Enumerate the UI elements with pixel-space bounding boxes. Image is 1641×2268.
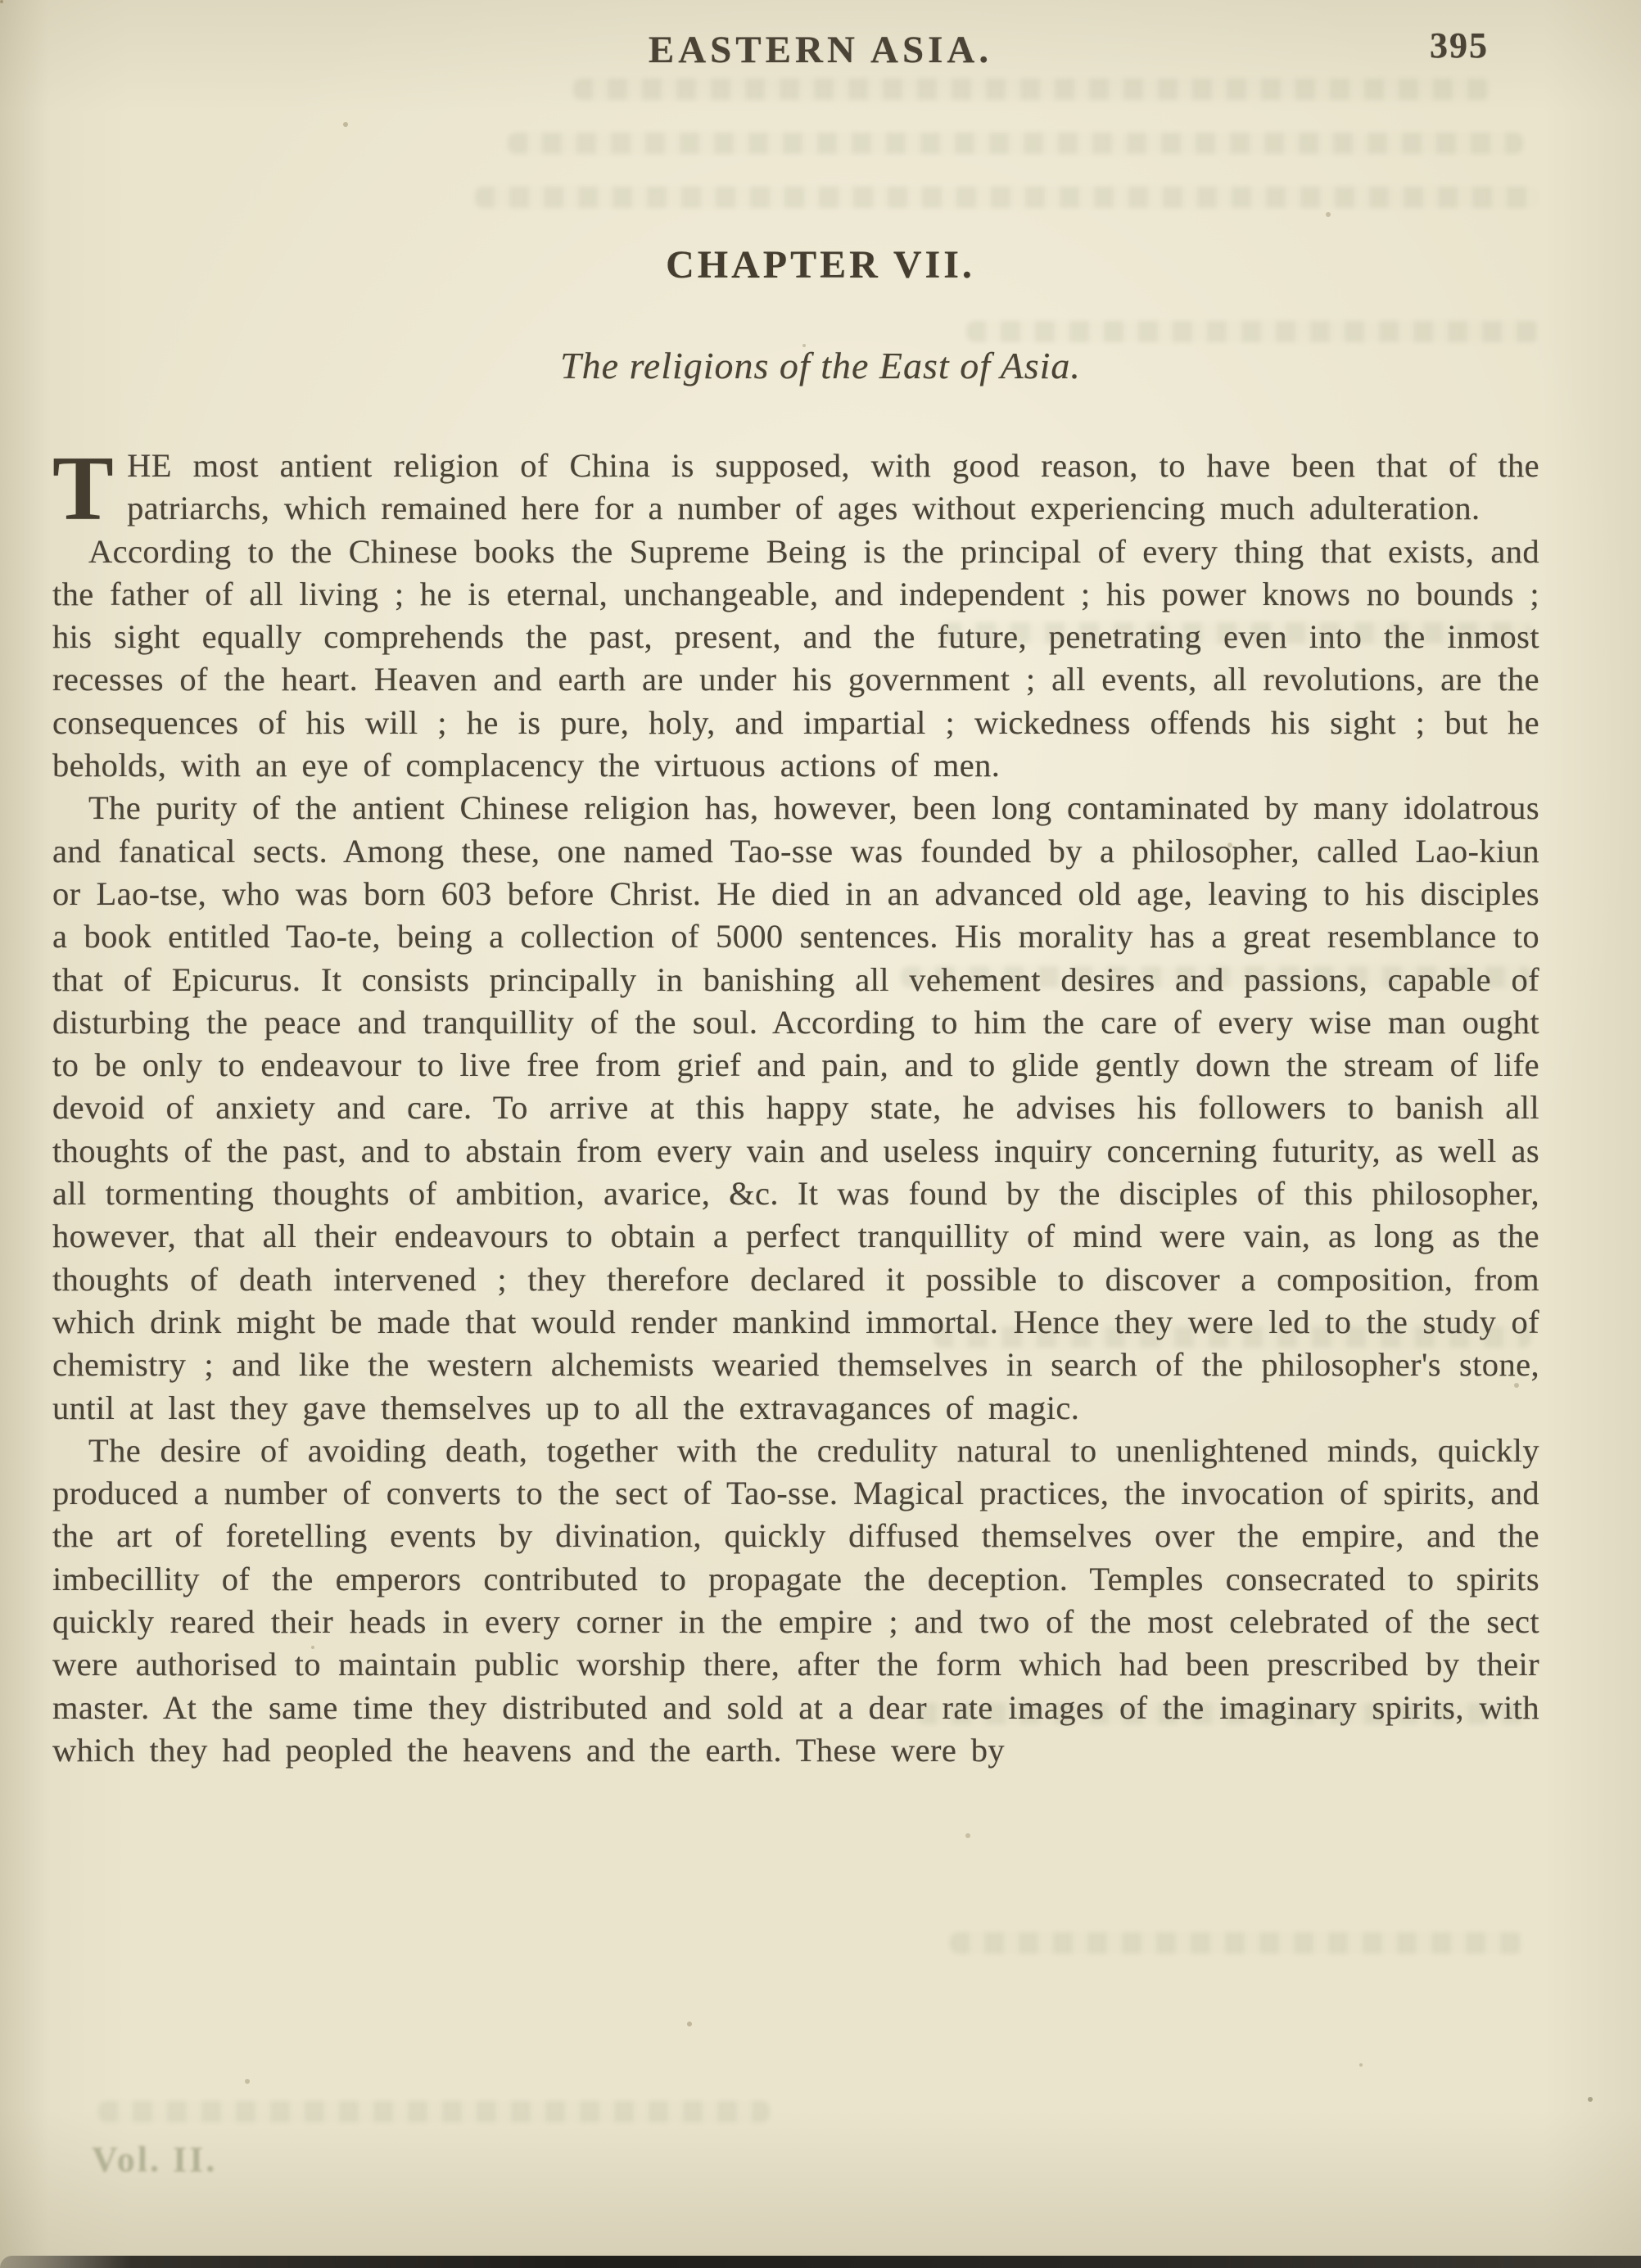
chapter-subtitle: The religions of the East of Asia. [0,344,1641,387]
bleed-through-smudge [573,79,1490,100]
bleed-through-smudge [966,321,1539,342]
bleed-through-smudge [950,1932,1523,1954]
bleed-through-smudge [508,133,1523,154]
ghost-volume-signature: Vol. II. [92,2139,217,2180]
page-number: 395 [1430,25,1489,66]
chapter-heading: CHAPTER VII. [0,242,1641,287]
body-paragraph: The desire of avoiding death, together w… [52,1430,1539,1772]
bleed-through-smudge [98,2101,770,2122]
scan-edge [0,2256,1641,2268]
body-paragraph: THE most antient religion of China is su… [52,445,1539,531]
drop-cap: T [52,450,114,528]
body-paragraph: According to the Chinese books the Supre… [52,531,1539,788]
paper-specks [0,0,3,3]
body-text-block: THE most antient religion of China is su… [52,445,1539,1772]
body-paragraph: The purity of the antient Chinese religi… [52,787,1539,1429]
book-page: EASTERN ASIA. 395 CHAPTER VII. The relig… [0,0,1641,2268]
bleed-through-smudge [475,187,1539,208]
paragraph-text: HE most antient religion of China is sup… [127,447,1539,526]
running-header: EASTERN ASIA. [0,28,1641,72]
